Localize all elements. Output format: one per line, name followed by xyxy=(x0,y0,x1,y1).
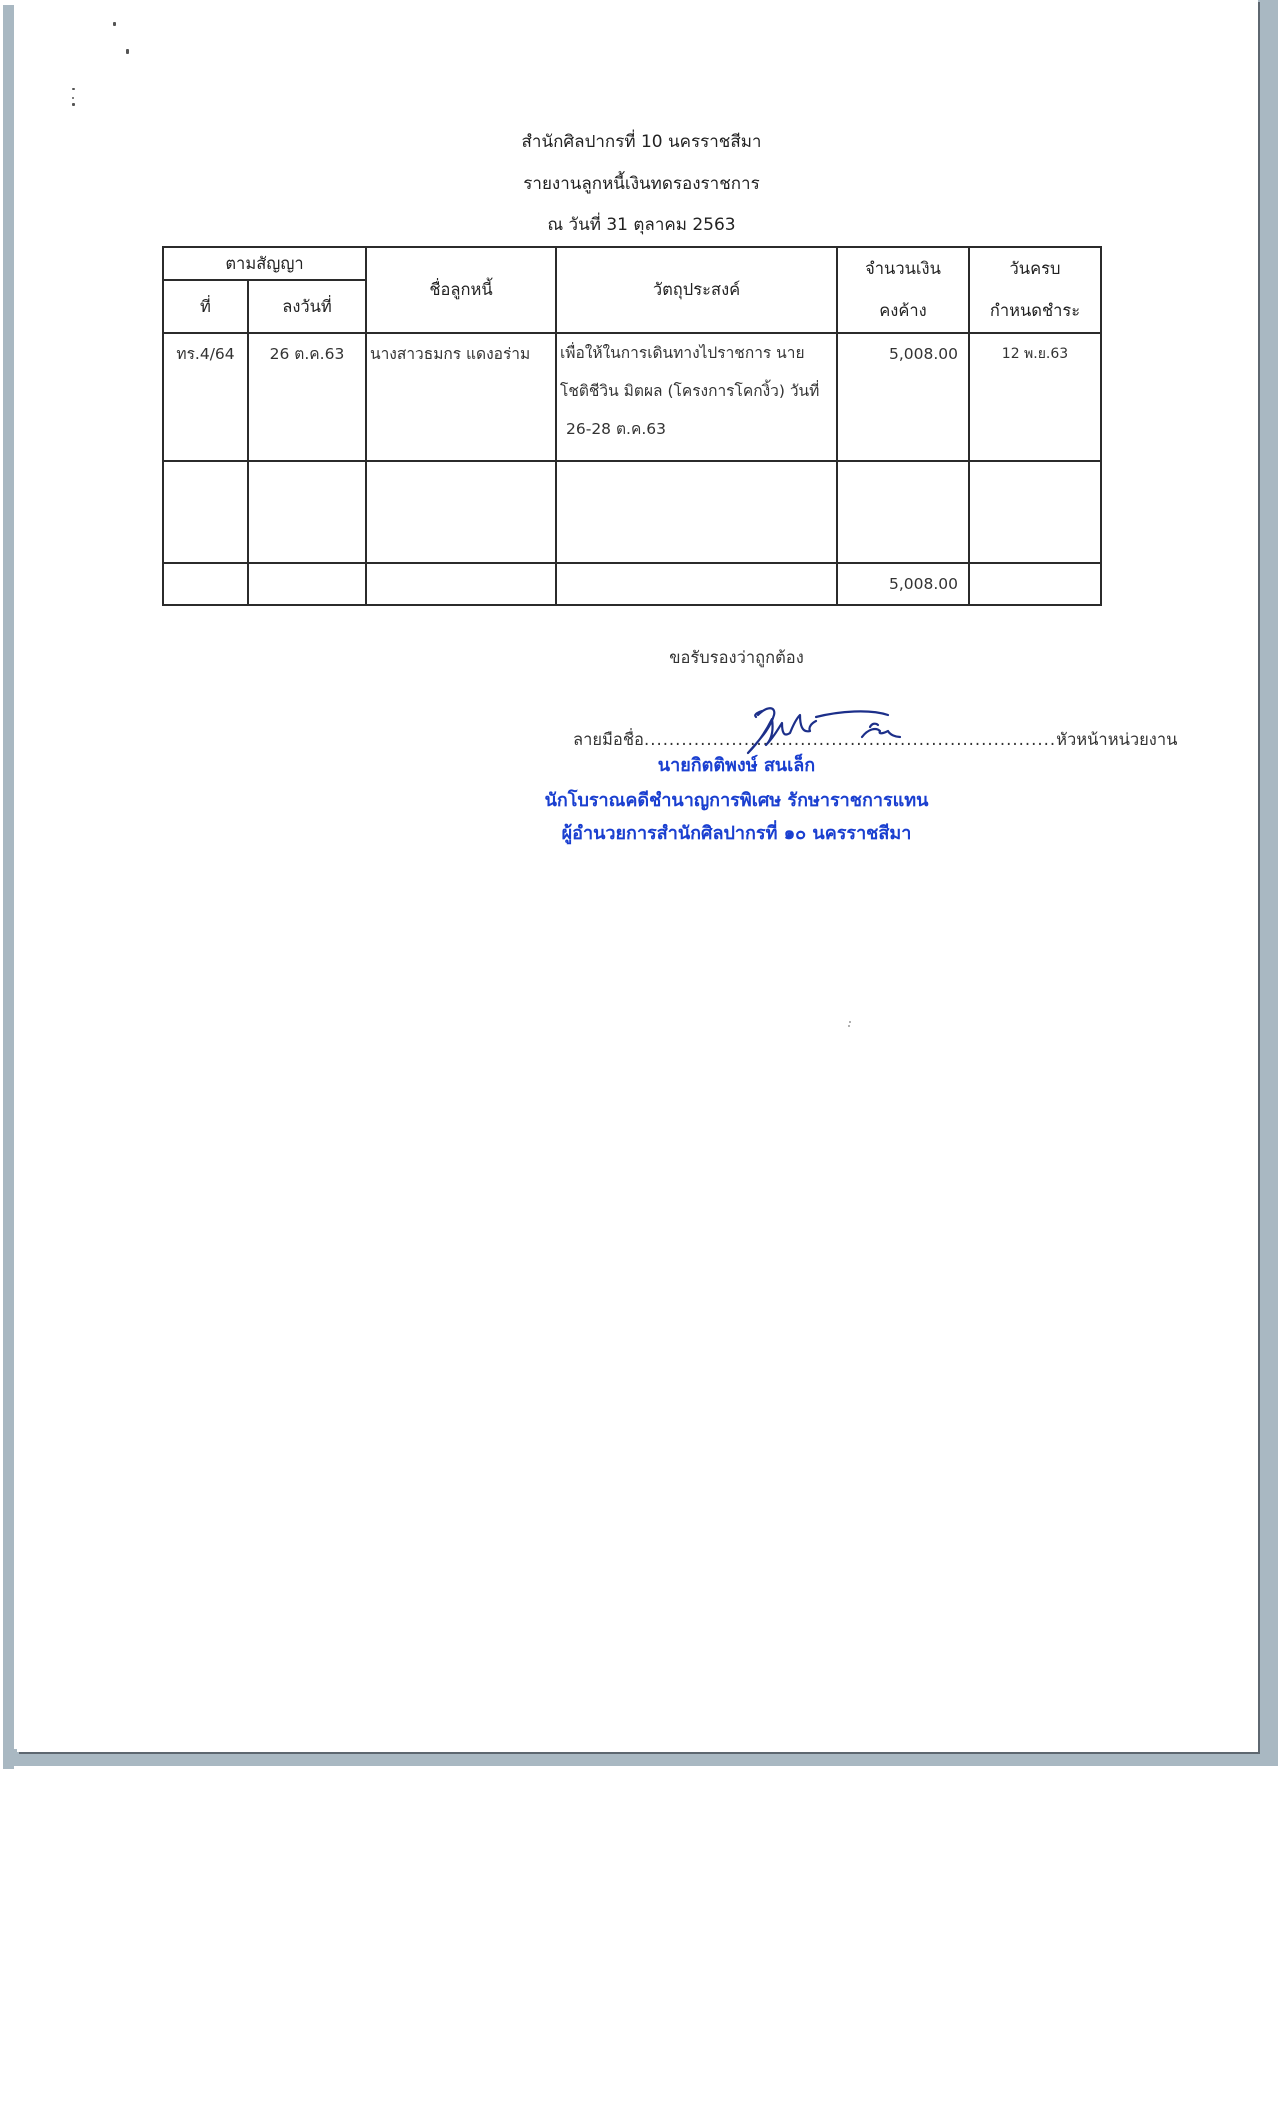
scan-speck xyxy=(72,103,75,106)
header-debtor-name: ชื่อลูกหนี้ xyxy=(366,247,556,333)
certification-text: ขอรับรองว่าถูกต้อง xyxy=(0,645,1283,671)
outstanding-text: 5,008.00 xyxy=(838,334,968,364)
debtor-report-table: ตามสัญญา ชื่อลูกหนี้ วัตถุประสงค์ จำนวนเ… xyxy=(162,246,1102,606)
scan-speck xyxy=(72,97,74,99)
table-row: ทร.4/64 26 ต.ค.63 นางสาวธมกร แดงอร่าม เพ… xyxy=(163,333,1101,461)
empty-cell xyxy=(248,461,366,563)
purpose-line: 26-28 ต.ค.63 xyxy=(560,410,836,448)
empty-cell xyxy=(556,563,837,605)
header-contract-group: ตามสัญญา xyxy=(163,247,366,280)
signature-role: หัวหน้าหน่วยงาน xyxy=(1056,730,1177,749)
cell-due-date: 12 พ.ย.63 xyxy=(969,333,1101,461)
header-due-line2: กำหนดชำระ xyxy=(970,290,1100,332)
cell-contract-no: ทร.4/64 xyxy=(163,333,248,461)
empty-cell xyxy=(248,563,366,605)
signer-position: นักโบราณคดีชำนาญการพิเศษ รักษาราชการแทน xyxy=(0,785,1283,814)
signer-office: ผู้อำนวยการสำนักศิลปากรที่ ๑๐ นครราชสีมา xyxy=(0,818,1283,847)
table-row-empty xyxy=(163,461,1101,563)
scan-speck xyxy=(848,1025,850,1027)
scan-speck xyxy=(72,88,75,90)
cell-outstanding: 5,008.00 xyxy=(837,333,969,461)
report-title: รายงานลูกหนี้เงินทดรองราชการ xyxy=(0,170,1283,197)
scan-speck xyxy=(849,1021,851,1023)
purpose-line: โชติชีวิน มิตผล (โครงการโคกงิ้ว) วันที่ xyxy=(560,372,836,410)
due-date-text: 12 พ.ย.63 xyxy=(970,334,1100,364)
signature-label: ลายมือชื่อ xyxy=(573,730,644,749)
scan-frame-left xyxy=(3,5,14,1769)
contract-no-text: ทร.4/64 xyxy=(164,334,247,364)
empty-cell xyxy=(837,461,969,563)
empty-cell xyxy=(969,461,1101,563)
header-outstanding-line2: คงค้าง xyxy=(838,290,968,332)
scan-speck xyxy=(113,22,116,26)
header-contract-no: ที่ xyxy=(163,280,248,333)
header-due-line1: วันครบ xyxy=(970,248,1100,290)
signer-name: นายกิตติพงษ์ สนเล็ก xyxy=(0,750,1283,779)
header-outstanding-line1: จำนวนเงิน xyxy=(838,248,968,290)
header-outstanding: จำนวนเงิน คงค้าง xyxy=(837,247,969,333)
scan-frame-right xyxy=(1258,0,1278,1762)
empty-cell xyxy=(163,461,248,563)
cell-debtor-name: นางสาวธมกร แดงอร่าม xyxy=(366,333,556,461)
purpose-line: เพื่อให้ในการเดินทางไปราชการ นาย xyxy=(560,334,836,372)
empty-cell xyxy=(366,563,556,605)
cell-contract-date: 26 ต.ค.63 xyxy=(248,333,366,461)
table-header-row: ตามสัญญา ชื่อลูกหนี้ วัตถุประสงค์ จำนวนเ… xyxy=(163,247,1101,280)
header-purpose: วัตถุประสงค์ xyxy=(556,247,837,333)
table-total-row: 5,008.00 xyxy=(163,563,1101,605)
empty-cell xyxy=(163,563,248,605)
office-title: สำนักศิลปากรที่ 10 นครราชสีมา xyxy=(0,128,1283,155)
scan-speck xyxy=(126,49,129,54)
debtor-name-text: นางสาวธมกร แดงอร่าม xyxy=(367,334,555,364)
purpose-text: เพื่อให้ในการเดินทางไปราชการ นาย โชติชีว… xyxy=(557,334,836,448)
header-contract-date: ลงวันที่ xyxy=(248,280,366,333)
empty-cell xyxy=(366,461,556,563)
report-date: ณ วันที่ 31 ตุลาคม 2563 xyxy=(0,211,1283,238)
empty-cell xyxy=(969,563,1101,605)
header-due-date: วันครบ กำหนดชำระ xyxy=(969,247,1101,333)
total-amount: 5,008.00 xyxy=(837,563,969,605)
contract-date-text: 26 ต.ค.63 xyxy=(249,334,365,364)
cell-purpose: เพื่อให้ในการเดินทางไปราชการ นาย โชติชีว… xyxy=(556,333,837,461)
empty-cell xyxy=(556,461,837,563)
